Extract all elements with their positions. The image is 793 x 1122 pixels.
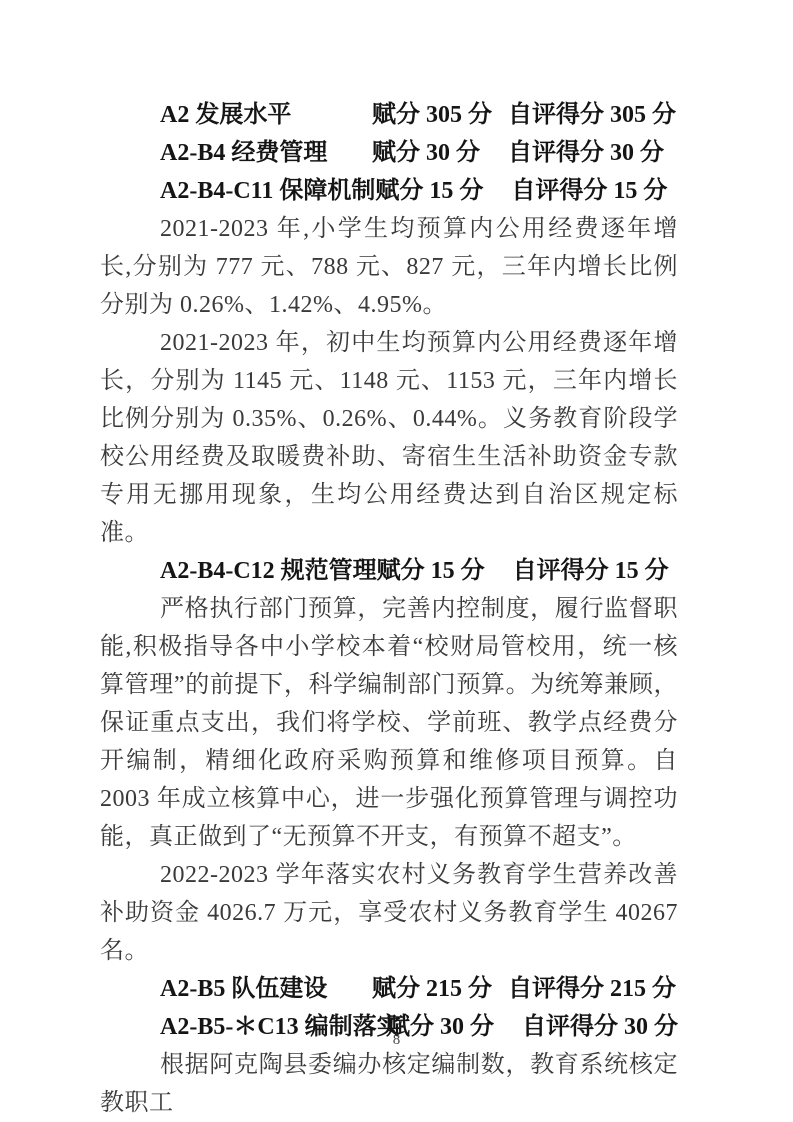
assigned-score: 赋分 305 分 xyxy=(372,96,508,134)
assigned-score: 赋分 15 分 xyxy=(375,172,511,210)
score-row-a2-b4-c12: A2-B4-C12 规范管理 赋分 15 分 自评得分 15 分 xyxy=(100,552,678,590)
self-score: 自评得分 30 分 xyxy=(508,134,664,172)
score-row-a2-b4: A2-B4 经费管理 赋分 30 分 自评得分 30 分 xyxy=(100,134,678,172)
assigned-score: 赋分 30 分 xyxy=(372,134,508,172)
assigned-score: 赋分 15 分 xyxy=(377,552,513,590)
score-row-a2: A2 发展水平 赋分 305 分 自评得分 305 分 xyxy=(100,96,678,134)
self-score: 自评得分 305 分 xyxy=(508,96,676,134)
paragraph-budget-management: 严格执行部门预算，完善内控制度，履行监督职能,积极指导各中小学校本着“校财局管校… xyxy=(100,590,678,856)
paragraph-middle-school-funds: 2021-2023 年，初中生均预算内公用经费逐年增长，分别为 1145 元、1… xyxy=(100,324,678,552)
indicator-label: A2-B5 队伍建设 xyxy=(160,970,372,1008)
score-row-a2-b5: A2-B5 队伍建设 赋分 215 分 自评得分 215 分 xyxy=(100,970,678,1008)
paragraph-nutrition-subsidy: 2022-2023 学年落实农村义务教育学生营养改善补助资金 4026.7 万元… xyxy=(100,856,678,970)
paragraph-staffing: 根据阿克陶县委编办核定编制数，教育系统核定教职工 xyxy=(100,1046,678,1122)
assigned-score: 赋分 215 分 xyxy=(372,970,508,1008)
score-row-a2-b4-c11: A2-B4-C11 保障机制 赋分 15 分 自评得分 15 分 xyxy=(100,172,678,210)
page-content: A2 发展水平 赋分 305 分 自评得分 305 分 A2-B4 经费管理 赋… xyxy=(100,96,678,1122)
self-score: 自评得分 215 分 xyxy=(508,970,676,1008)
document-page: A2 发展水平 赋分 305 分 自评得分 305 分 A2-B4 经费管理 赋… xyxy=(0,0,793,1122)
paragraph-primary-school-funds: 2021-2023 年,小学生均预算内公用经费逐年增长,分别为 777 元、78… xyxy=(100,210,678,324)
indicator-label: A2-B4-C12 规范管理 xyxy=(160,552,377,590)
self-score: 自评得分 15 分 xyxy=(513,552,669,590)
indicator-label: A2-B4 经费管理 xyxy=(160,134,372,172)
page-number: 8 xyxy=(0,1032,793,1049)
self-score: 自评得分 15 分 xyxy=(511,172,667,210)
indicator-label: A2-B4-C11 保障机制 xyxy=(160,172,375,210)
indicator-label: A2 发展水平 xyxy=(160,96,372,134)
